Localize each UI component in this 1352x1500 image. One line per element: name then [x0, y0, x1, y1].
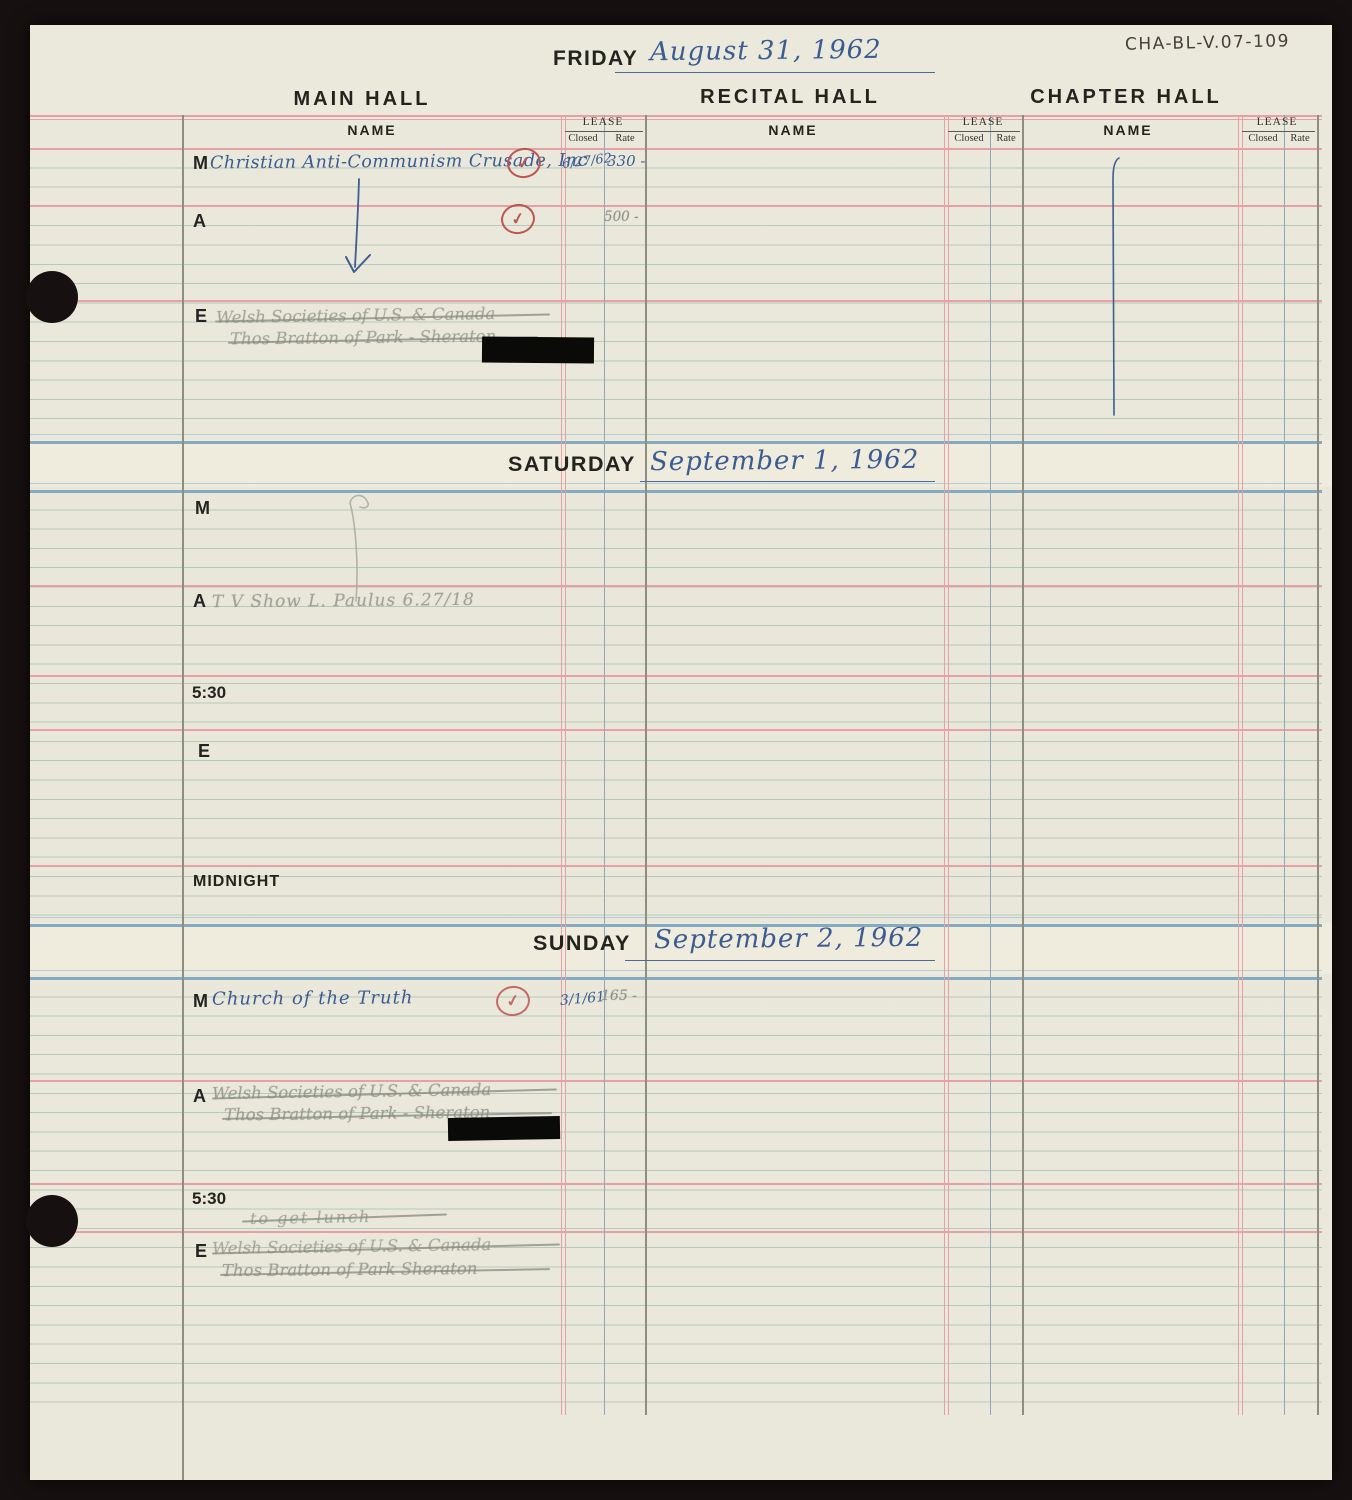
time-marker: 5:30: [192, 1189, 226, 1209]
hole-punch: [26, 271, 78, 323]
hall-title-recital: RECITAL HALL: [700, 86, 880, 109]
time-marker: E: [198, 741, 210, 762]
divider: [30, 865, 1322, 867]
column-divider: [1238, 115, 1239, 1415]
time-marker: A: [193, 211, 206, 232]
divider: [30, 1231, 1322, 1233]
redaction-box: [448, 1116, 560, 1141]
time-marker: M: [195, 498, 210, 519]
divider: [30, 119, 1322, 120]
divider: [30, 300, 1322, 302]
hall-title-chapter: CHAPTER HALL: [1030, 86, 1222, 109]
ruled-lines-friday: [30, 148, 1322, 434]
ledger-page: CHA-BL-V.07-109 FRIDAY August 31, 1962 M…: [30, 25, 1332, 1480]
time-marker: M: [193, 991, 208, 1012]
column-divider: [1284, 115, 1285, 1415]
arrow-down-icon: [335, 175, 395, 295]
divider: [30, 205, 1322, 207]
column-divider: [645, 115, 647, 1415]
lease-underrule: [948, 131, 1020, 132]
lease-underrule: [1242, 131, 1315, 132]
column-divider: [565, 115, 566, 1415]
divider: [30, 729, 1322, 731]
name-header-main: NAME: [347, 122, 396, 138]
column-divider: [948, 115, 949, 1415]
check-glyph: ✓: [505, 990, 522, 1012]
closed-header-main: Closed: [568, 133, 597, 144]
date-underline: [640, 481, 935, 482]
booking-entry: T V Show L. Paulus 6.27/18: [212, 590, 475, 612]
rate-value: 330 -: [607, 152, 645, 170]
lease-underrule: [565, 131, 643, 132]
divider: [30, 1080, 1322, 1082]
divider: [30, 675, 1322, 677]
lease-header-recital: LEASE: [963, 116, 1004, 128]
column-divider: [1022, 115, 1024, 1415]
time-marker: E: [195, 306, 207, 327]
archive-code: CHA-BL-V.07-109: [1125, 31, 1290, 54]
lease-header-chapter: LEASE: [1257, 116, 1298, 128]
section-separator: [30, 483, 1322, 493]
time-marker: E: [195, 1241, 207, 1262]
date-sunday: September 2, 1962: [654, 923, 924, 955]
time-marker: 5:30: [192, 683, 226, 703]
ruled-lines-saturday: [30, 490, 1322, 917]
date-underline: [625, 960, 935, 961]
date-friday: August 31, 1962: [650, 35, 882, 67]
divider: [30, 1183, 1322, 1185]
column-divider: [604, 115, 605, 1415]
time-marker: M: [193, 153, 208, 174]
rate-value: 500 -: [604, 209, 639, 225]
column-divider: [944, 115, 945, 1415]
column-divider: [182, 115, 184, 1480]
date-underline: [615, 72, 935, 73]
ledger-scan: CHA-BL-V.07-109 FRIDAY August 31, 1962 M…: [0, 0, 1352, 1500]
divider: [30, 585, 1322, 587]
closed-header-recital: Closed: [954, 133, 983, 144]
column-divider: [1242, 115, 1243, 1415]
redaction-box: [482, 337, 594, 364]
divider: [30, 148, 1322, 150]
arrow-up-icon: [320, 491, 400, 606]
divider: [30, 115, 1322, 117]
check-glyph: ✓: [516, 152, 533, 174]
time-marker: A: [193, 591, 206, 612]
lease-header-main: LEASE: [583, 116, 624, 128]
column-divider: [1317, 115, 1319, 1415]
date-saturday: September 1, 1962: [650, 445, 920, 477]
rate-header-chapter: Rate: [1290, 133, 1309, 144]
rate-header-recital: Rate: [996, 133, 1015, 144]
check-glyph: ✓: [510, 208, 527, 230]
time-marker: A: [193, 1086, 206, 1107]
column-divider: [561, 115, 562, 1415]
hall-title-main: MAIN HALL: [294, 88, 431, 111]
booking-entry: Church of the Truth: [212, 987, 414, 1009]
rate-value: 165 -: [601, 988, 637, 1004]
day-title-sunday: SUNDAY: [533, 931, 631, 956]
ink-vertical-line: [1105, 155, 1127, 420]
name-header-recital: NAME: [768, 122, 817, 138]
column-divider: [990, 115, 991, 1415]
section-separator: [30, 434, 1322, 444]
hole-punch: [26, 1195, 78, 1247]
closed-header-chapter: Closed: [1248, 133, 1277, 144]
time-marker: MIDNIGHT: [193, 873, 280, 891]
rate-header-main: Rate: [615, 133, 634, 144]
name-header-chapter: NAME: [1103, 122, 1152, 138]
day-title-friday: FRIDAY: [553, 47, 638, 71]
day-title-saturday: SATURDAY: [508, 452, 636, 477]
section-separator: [30, 970, 1322, 980]
